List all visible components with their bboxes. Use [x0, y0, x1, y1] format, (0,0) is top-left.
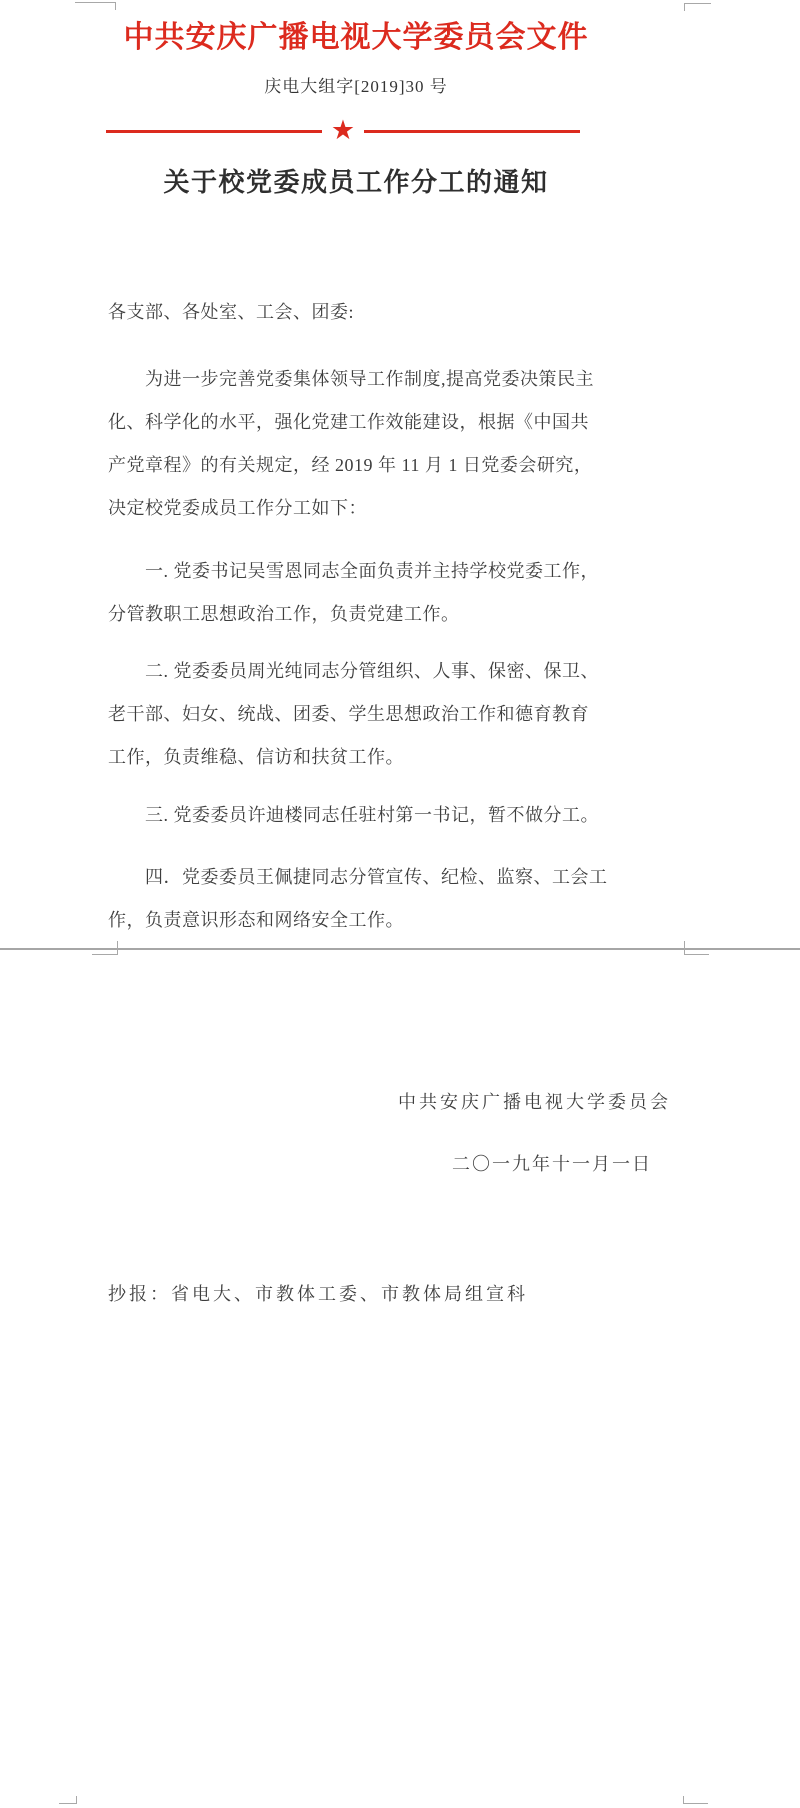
red-divider-right	[364, 130, 580, 133]
assignment-item-2: 二. 党委委员周光纯同志分管组织、人事、保密、保卫、 老干部、妇女、统战、团委、…	[108, 650, 588, 779]
crop-mark-bottom-right-tick	[683, 1796, 684, 1804]
crop-mark-top-left	[75, 2, 116, 3]
crop-mark-page2-left	[92, 954, 118, 955]
item-4-line-2: 作，负责意识形态和网络安全工作。	[108, 899, 588, 942]
org-title: 中共安庆广播电视大学委员会文件	[0, 12, 712, 56]
page-break-line	[0, 948, 800, 950]
crop-mark-top-right	[684, 3, 711, 4]
item-3-line-1: 三. 党委委员许迪楼同志任驻村第一书记，暂不做分工。	[108, 794, 588, 837]
assignment-item-4: 四．党委委员王佩捷同志分管宣传、纪检、监察、工会工 作，负责意识形态和网络安全工…	[108, 856, 588, 942]
item-2-line-3: 工作，负责维稳、信访和扶贫工作。	[108, 736, 588, 779]
crop-mark-top-right-tick	[684, 3, 685, 11]
salutation: 各支部、各处室、工会、团委:	[108, 291, 588, 334]
crop-mark-bottom-right	[683, 1803, 708, 1804]
red-divider-left	[106, 130, 322, 133]
intro-line-1: 为进一步完善党委集体领导工作制度,提高党委决策民主	[108, 358, 588, 401]
signature-date: 二〇一九年十一月一日	[452, 1143, 652, 1186]
assignment-item-1: 一. 党委书记吴雪恩同志全面负责并主持学校党委工作， 分管教职工思想政治工作，负…	[108, 550, 588, 636]
item-2-line-1: 二. 党委委员周光纯同志分管组织、人事、保密、保卫、	[108, 650, 588, 693]
crop-mark-page2-left-tick	[117, 941, 118, 955]
intro-line-2: 化、科学化的水平，强化党建工作效能建设，根据《中国共	[108, 401, 588, 444]
intro-line-4: 决定校党委成员工作分工如下：	[108, 487, 588, 530]
star-icon: ★	[331, 117, 355, 145]
item-2-line-2: 老干部、妇女、统战、团委、学生思想政治工作和德育教育	[108, 693, 588, 736]
assignment-item-3: 三. 党委委员许迪楼同志任驻村第一书记，暂不做分工。	[108, 794, 588, 837]
intro-line-3: 产党章程》的有关规定，经 2019 年 11 月 1 日党委会研究，	[108, 444, 588, 487]
crop-mark-bottom-left-tick	[76, 1796, 77, 1804]
item-1-line-2: 分管教职工思想政治工作，负责党建工作。	[108, 593, 588, 636]
cc-line: 抄报：省电大、市教体工委、市教体局组宣科	[108, 1273, 528, 1316]
item-1-line-1: 一. 党委书记吴雪恩同志全面负责并主持学校党委工作，	[108, 550, 588, 593]
document-title: 关于校党委成员工作分工的通知	[0, 162, 712, 199]
crop-mark-top-left-tick	[115, 2, 116, 10]
item-4-line-1: 四．党委委员王佩捷同志分管宣传、纪检、监察、工会工	[108, 856, 588, 899]
intro-paragraph: 为进一步完善党委集体领导工作制度,提高党委决策民主 化、科学化的水平，强化党建工…	[108, 358, 588, 530]
doc-number: 庆电大组字[2019]30 号	[0, 72, 712, 97]
red-divider: ★	[106, 117, 580, 145]
salutation-line: 各支部、各处室、工会、团委:	[108, 291, 588, 334]
crop-mark-page2-right	[684, 954, 709, 955]
crop-mark-bottom-left	[59, 1803, 77, 1804]
signature-org: 中共安庆广播电视大学委员会	[398, 1081, 671, 1124]
crop-mark-page2-right-tick	[684, 941, 685, 955]
